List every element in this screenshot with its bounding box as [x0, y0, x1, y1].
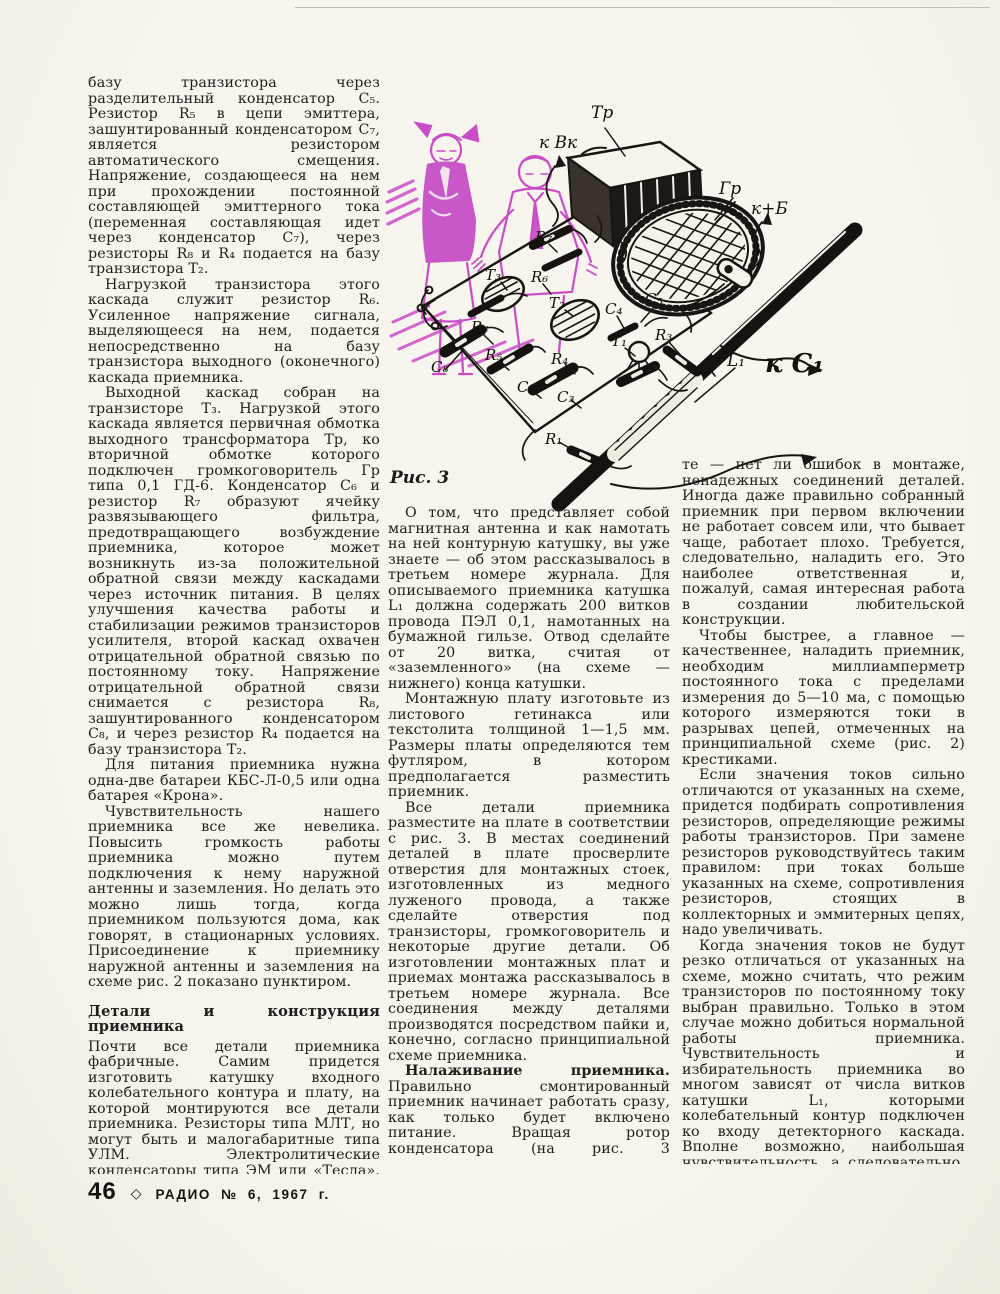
- paragraph: базу транзистора через разделительный ко…: [88, 76, 380, 278]
- k-vk-arrow: [546, 166, 558, 226]
- run-in-heading: Налаживание приемника.: [405, 1063, 670, 1079]
- figure-caption: Рис. 3: [390, 468, 449, 488]
- figure-label-c3: С₃: [557, 388, 575, 406]
- figure-label-r5: R₅: [484, 346, 502, 364]
- figure-label-r7: R₇: [534, 228, 552, 246]
- figure-label-gr: Гр: [718, 179, 741, 199]
- paragraph: Выходной каскад собран на транзисторе Т₃…: [88, 386, 380, 758]
- page-number: 46: [88, 1178, 117, 1206]
- figure-label-k-c1: к С₁: [765, 349, 824, 379]
- paragraph: Почти все детали приемника фабричные. Са…: [88, 1040, 380, 1175]
- paragraph-setup: Налаживание приемника. Правильно смонтир…: [388, 1064, 670, 1158]
- magazine-issue-label: РАДИО № 6, 1967 г.: [155, 1187, 329, 1202]
- page-footer: 46 ◇ РАДИО № 6, 1967 г.: [88, 1178, 330, 1206]
- figure-label-r3: R₃: [654, 326, 672, 344]
- figure-3-drawing: к Вк Тр Гр к+Б С₅ R₇ Т₃ R₆ Т₂ С₄ Т₁ R₃ R…: [383, 50, 970, 516]
- paragraph: те — нет ли ошибок в монтаже, ненадежных…: [682, 458, 965, 629]
- figure-label-t2: Т₂: [549, 294, 565, 312]
- figure-label-c5: С₅: [645, 290, 663, 308]
- paragraph: Все детали приемника разместите на плате…: [388, 801, 670, 1065]
- paragraph: О том, что представляет собой магнитная …: [388, 506, 670, 692]
- page-top-edge: [295, 7, 990, 8]
- figure-label-r4: R₄: [550, 350, 568, 368]
- left-column: базу транзистора через разделительный ко…: [88, 76, 380, 1174]
- paragraph: Чувствительность нашего приемника все же…: [88, 805, 380, 991]
- figure-label-l1: L₁: [726, 351, 745, 371]
- paragraph: Когда значения токов не будут резко отли…: [682, 939, 965, 1165]
- paragraph: Нагрузкой транзистора этого каскада служ…: [88, 278, 380, 387]
- diamond-icon: ◇: [131, 1185, 142, 1202]
- figure-label-tr: Тр: [591, 103, 613, 123]
- paragraph: Монтажную плату изготовьте из листового …: [388, 692, 670, 801]
- right-column: те — нет ли ошибок в монтаже, ненадежных…: [682, 458, 965, 1164]
- figure-label-k-vk: к Вк: [539, 133, 578, 153]
- receiver-drawing: к Вк Тр Гр к+Б С₅ R₇ Т₃ R₆ Т₂ С₄ Т₁ R₃ R…: [418, 103, 855, 504]
- figure-label-r1: R₁: [544, 430, 562, 448]
- figure-label-c1: С₁: [517, 378, 535, 396]
- figure-label-c4: С₄: [605, 300, 623, 318]
- magenta-scribble: [387, 181, 419, 224]
- paragraph: Чтобы быстрее, а главное — качественнее,…: [682, 629, 965, 769]
- section-heading: Детали и конструкция приемника: [88, 1004, 380, 1035]
- paragraph-text: Правильно смонтированный приемник начина…: [388, 1079, 670, 1159]
- figure-label-k-b: к+Б: [751, 199, 788, 219]
- magazine-page: к Вк Тр Гр к+Б С₅ R₇ Т₃ R₆ Т₂ С₄ Т₁ R₃ R…: [0, 0, 1000, 1294]
- figure-label-r6: R₆: [530, 268, 548, 286]
- paragraph: Если значения токов сильно отличаются от…: [682, 768, 965, 939]
- paragraph: Для питания приемника нужна одна-две бат…: [88, 758, 380, 805]
- figure-label-t1: Т₁: [611, 332, 627, 350]
- figure-label-c8: С₈: [431, 358, 449, 376]
- middle-column: О том, что представляет собой магнитная …: [388, 506, 670, 1158]
- figure-3-illustration: к Вк Тр Гр к+Б С₅ R₇ Т₃ R₆ Т₂ С₄ Т₁ R₃ R…: [383, 50, 970, 516]
- figure-label-r8: R₈: [470, 318, 488, 336]
- figure-label-t3: Т₃: [485, 266, 501, 284]
